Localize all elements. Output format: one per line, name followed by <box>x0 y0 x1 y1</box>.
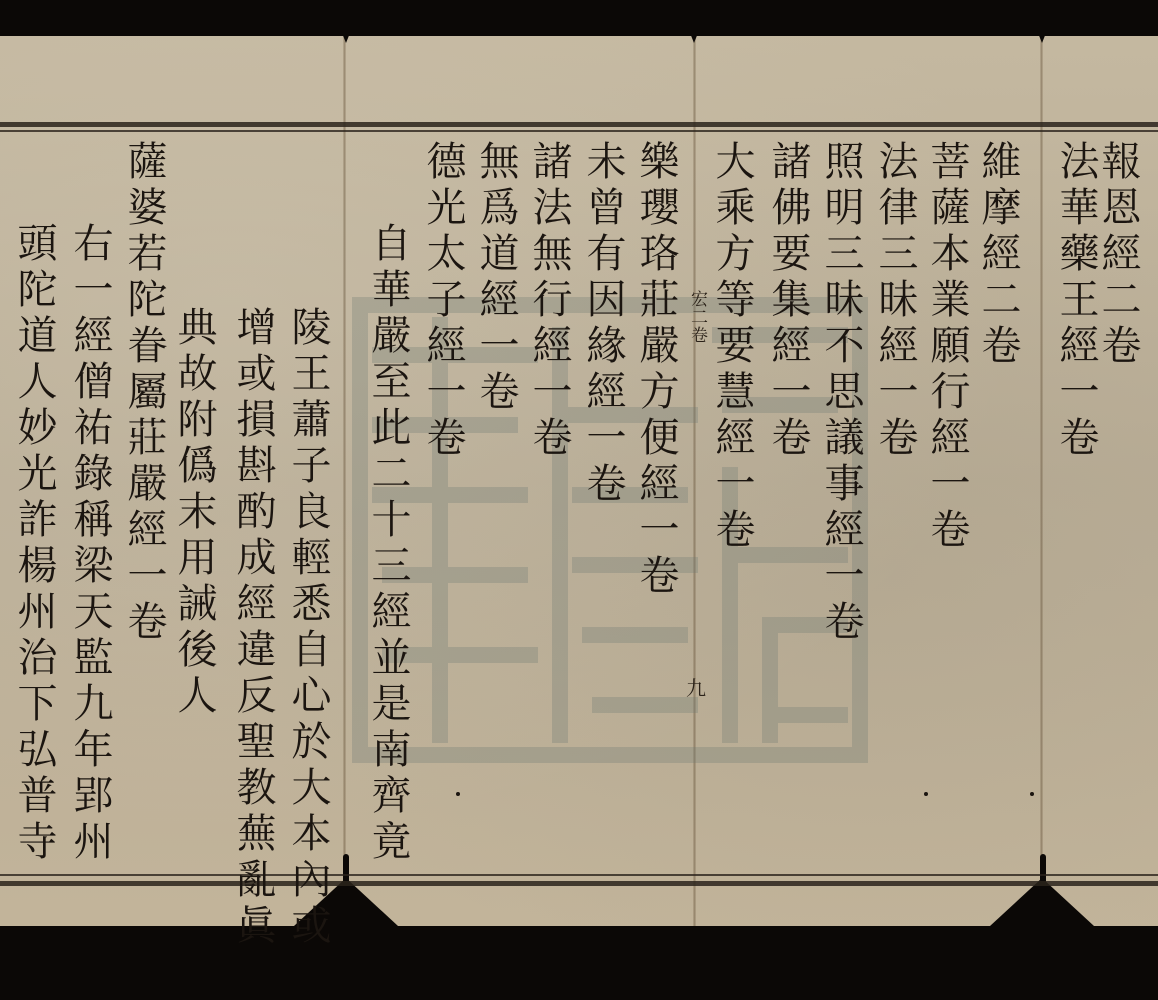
text-column: 諸佛要集經一卷 <box>768 140 808 462</box>
page-fold <box>693 36 696 926</box>
text-column: 典故附僞末用誡後人 <box>174 306 214 720</box>
interlinear-note: 宏二卷 <box>688 290 705 344</box>
text-column: 法律三昧經一卷 <box>875 140 915 462</box>
text-column: 自華嚴至此二十三經並是南齊竟 <box>368 222 408 866</box>
text-column: 薩婆若陀眷屬莊嚴經一卷 <box>124 140 164 646</box>
text-column: 增或損斟酌成經違反聖教蕪亂眞 <box>233 306 273 950</box>
text-column: 右一經僧祐錄稱梁天監九年郢州 <box>70 222 110 866</box>
text-column: 菩薩本業願行經一卷 <box>927 140 967 554</box>
fold-notch <box>690 33 698 43</box>
text-column: 頭陀道人妙光詐楊州治下弘普寺 <box>14 222 54 866</box>
text-column: 樂瓔珞莊嚴方便經一卷 <box>636 140 676 600</box>
text-column: 大乘方等要慧經一卷 <box>712 140 752 554</box>
fold-notch <box>1038 33 1046 43</box>
text-column: 德光太子經一卷 <box>423 140 463 462</box>
top-border-thin <box>0 130 1158 132</box>
text-column: 未曾有因緣經一卷 <box>583 140 623 508</box>
top-border-thick <box>0 122 1158 127</box>
fold-notch <box>342 33 350 43</box>
text-column: 照明三昧不思議事經一卷 <box>821 140 861 646</box>
ink-dot <box>456 792 460 796</box>
page-fold <box>1040 36 1043 926</box>
ink-dot <box>924 792 928 796</box>
text-column: 維摩經二卷 <box>978 140 1018 370</box>
page-number: 九 <box>686 672 706 701</box>
text-column: 法華藥王經一卷 <box>1056 140 1096 462</box>
text-column: 諸法無行經一卷 <box>529 140 569 462</box>
bottom-border-thick <box>0 881 1158 886</box>
page-fold <box>343 36 346 926</box>
text-column: 報恩經二卷 <box>1098 140 1138 370</box>
text-column: 陵王蕭子良輕悉自心於大本內或 <box>288 306 328 950</box>
bottom-border-thin <box>0 874 1158 876</box>
text-column: 無爲道經一卷 <box>476 140 516 416</box>
ink-dot <box>1030 792 1034 796</box>
